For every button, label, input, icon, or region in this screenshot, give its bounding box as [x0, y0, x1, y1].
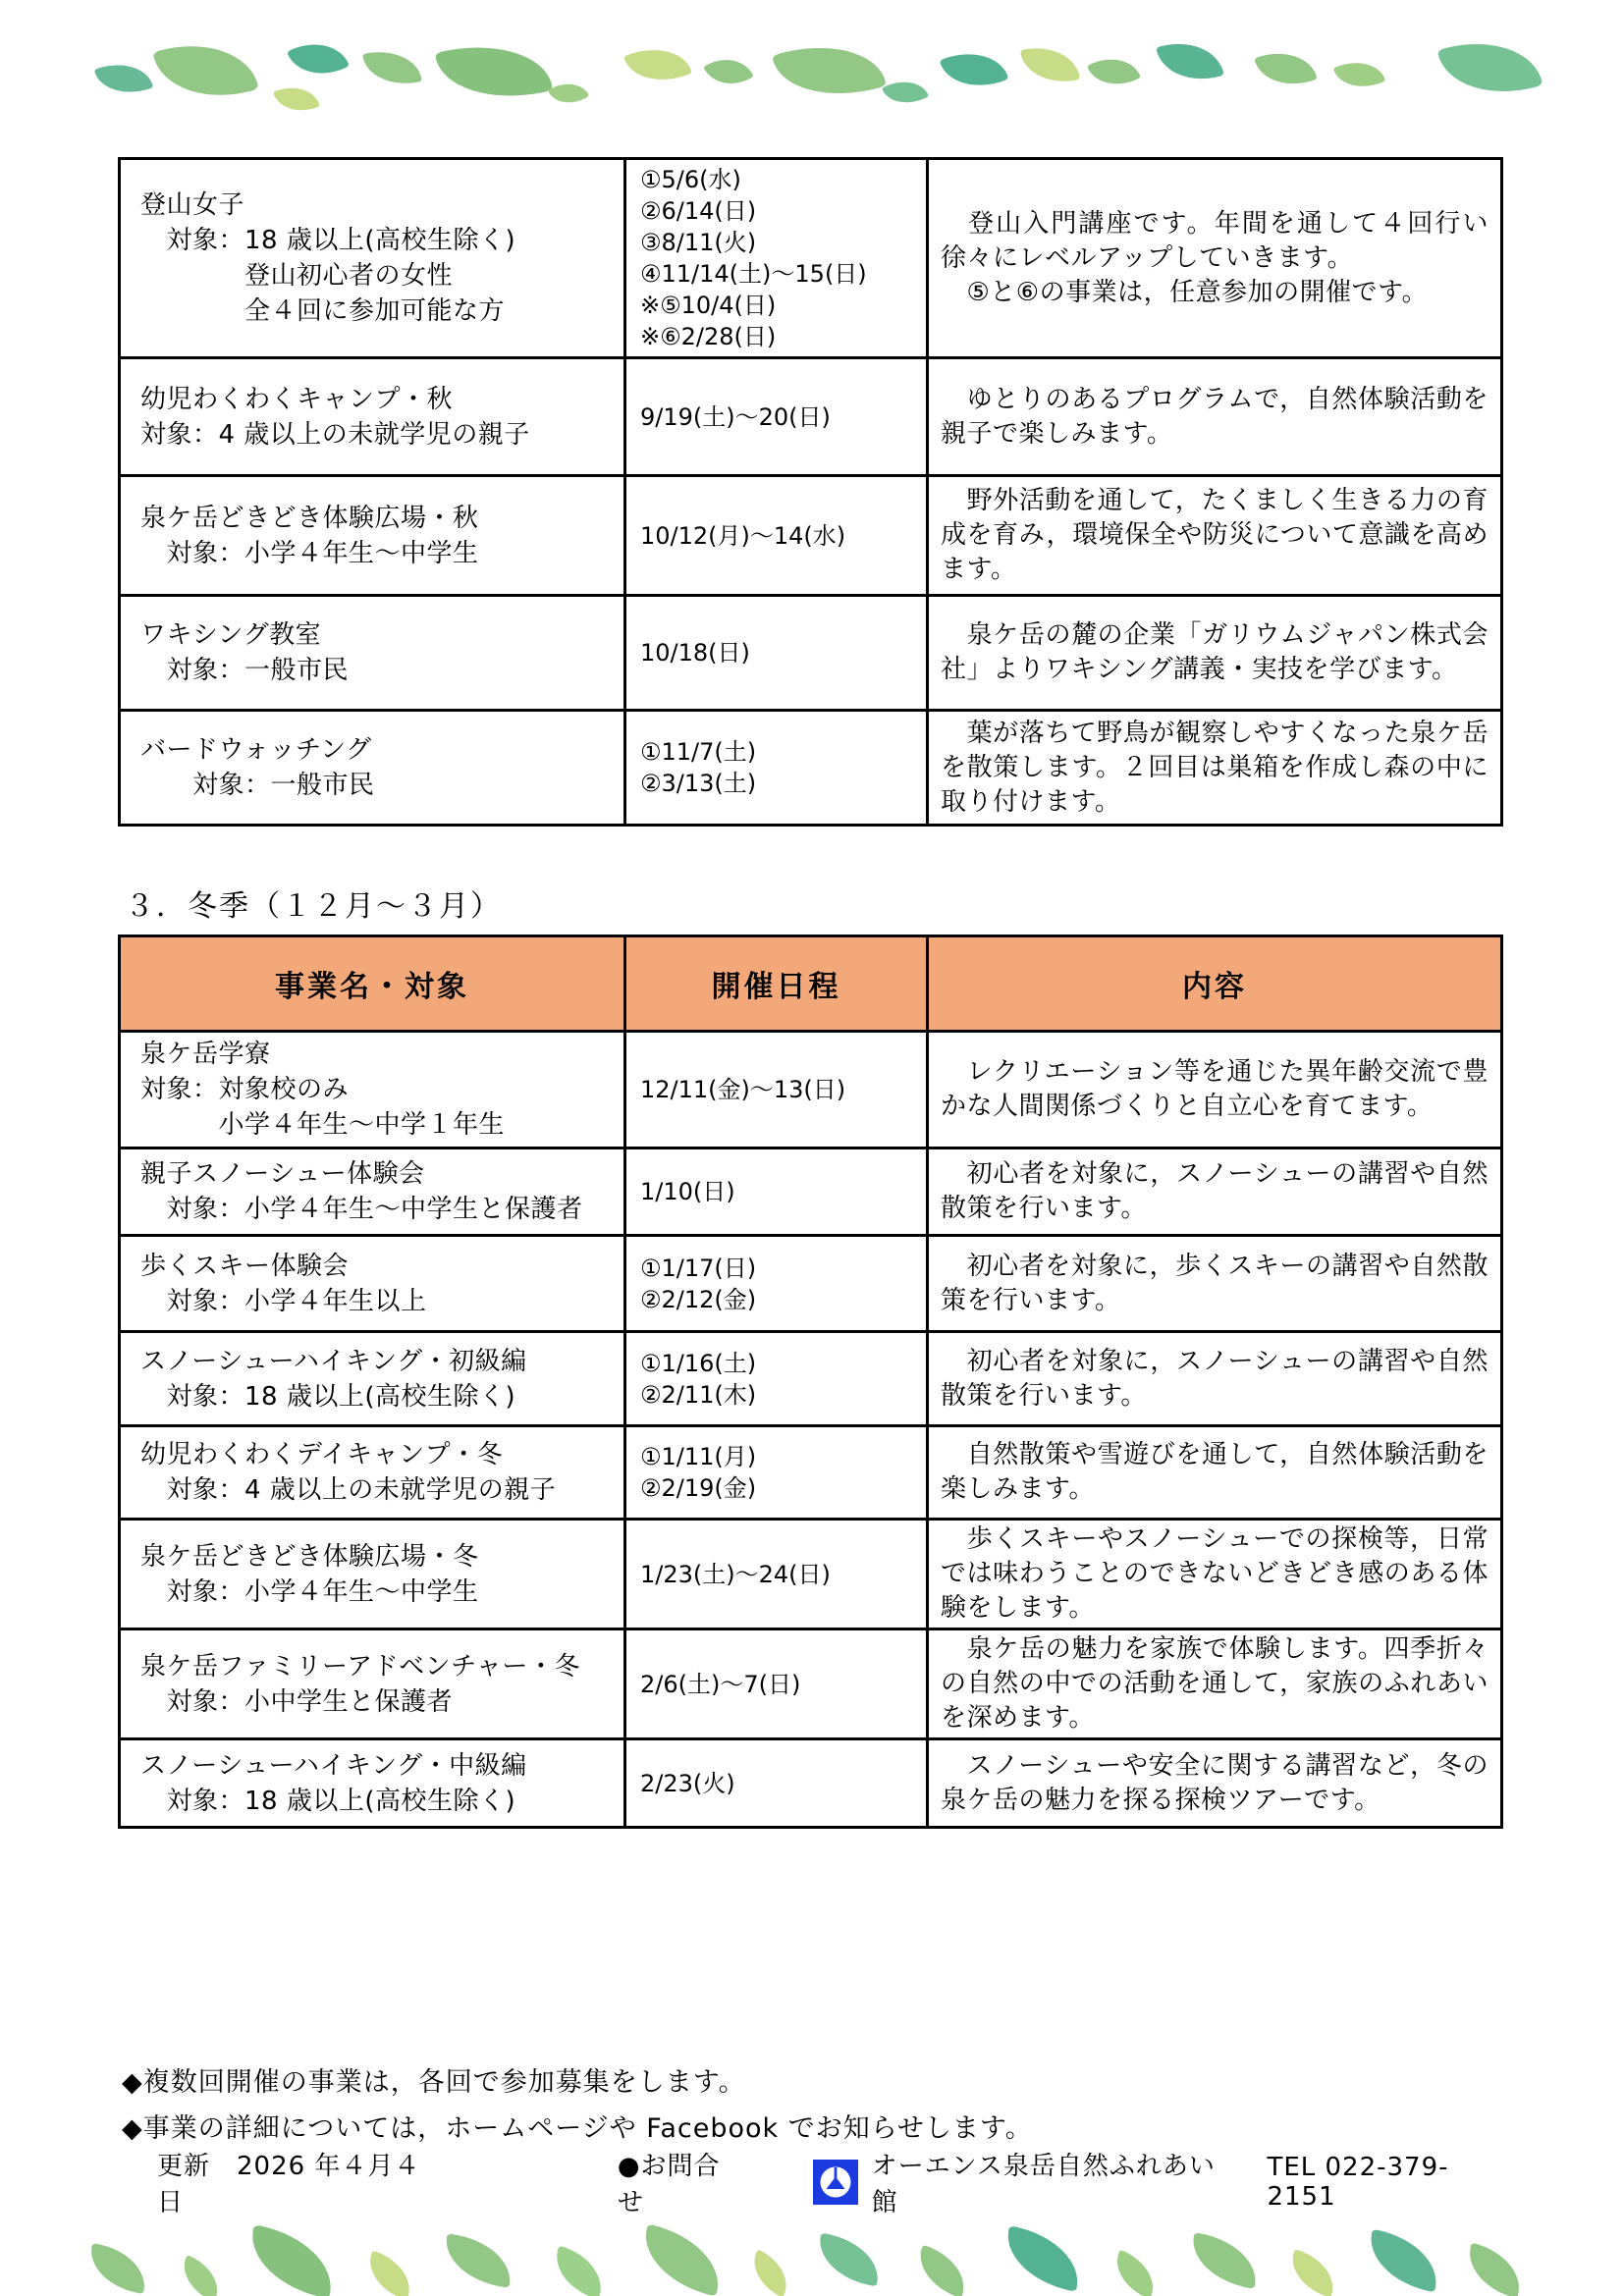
leaf-icon	[772, 28, 887, 112]
leaf-icon	[1107, 2250, 1164, 2296]
event-desc-cell: 野外活動を通して，たくましく生きる力の育成を育み，環境保全や防災について意識を高…	[928, 476, 1502, 596]
table-row: 泉ケ岳ファミリーアドベンチャー・冬 対象：小中学生と保護者 2/6(土)～7(日…	[120, 1629, 1502, 1739]
leaf-icon	[703, 47, 754, 95]
event-desc-cell: ゆとりのあるプログラムで，自然体験活動を親子で楽しみます。	[928, 358, 1502, 476]
event-name-cell: バードウォッチング 対象：一般市民	[120, 711, 625, 826]
leaf-icon	[548, 74, 589, 113]
table-row: 幼児わくわくキャンプ・秋 対象：4 歳以上の未就学児の親子 9/19(土)～20…	[120, 358, 1502, 476]
leaf-icon	[1460, 2243, 1528, 2296]
event-name-cell: 幼児わくわくデイキャンプ・冬 対象：4 歳以上の未就学児の親子	[120, 1426, 625, 1520]
leaf-icon	[1284, 2249, 1342, 2296]
leaf-icon	[1437, 27, 1543, 109]
event-desc-cell: 初心者を対象に，スノーシューの講習や自然散策を行います。	[928, 1148, 1502, 1236]
table-row: バードウォッチング 対象：一般市民 ①11/7(土) ②3/13(土) 葉が落ち…	[120, 711, 1502, 826]
leaf-icon	[243, 2224, 341, 2296]
event-dates-cell: 9/19(土)～20(日)	[625, 358, 928, 476]
leaf-icon	[273, 79, 320, 120]
footer-meta-line: 更新 2026 年４月４日 ●お問合せ オーエンス泉岳自然ふれあい館 TEL 0…	[157, 2146, 1512, 2218]
note-line: ◆複数回開催の事業は，各回で参加募集をします。	[122, 2059, 1033, 2106]
table-row: 幼児わくわくデイキャンプ・冬 対象：4 歳以上の未就学児の親子 ①1/11(月)…	[120, 1426, 1502, 1520]
column-header-content: 内容	[928, 936, 1502, 1032]
event-dates-cell: ①1/17(日) ②2/12(金)	[625, 1236, 928, 1332]
facility-name: オーエンス泉岳自然ふれあい館	[872, 2146, 1234, 2218]
leaf-icon	[152, 28, 258, 113]
leaf-icon	[1187, 2232, 1263, 2288]
table-row: 親子スノーシュー体験会 対象：小学４年生～中学生と保護者 1/10(日) 初心者…	[120, 1148, 1502, 1236]
event-name-cell: 歩くスキー体験会 対象：小学４年生以上	[120, 1236, 625, 1332]
event-desc-cell: 自然散策や雪遊びを通して，自然体験活動を楽しみます。	[928, 1426, 1502, 1520]
leaf-icon	[174, 2255, 227, 2296]
event-name-cell: 登山女子 対象：18 歳以上(高校生除く) 登山初心者の女性 全４回に参加可能な…	[120, 159, 625, 358]
event-name-cell: スノーシューハイキング・初級編 対象：18 歳以上(高校生除く)	[120, 1332, 625, 1426]
event-desc-cell: スノーシューや安全に関する講習など，冬の泉ケ岳の魅力を探る探検ツアーです。	[928, 1739, 1502, 1828]
event-desc-cell: 初心者を対象に，歩くスキーの講習や自然散策を行います。	[928, 1236, 1502, 1332]
event-name-cell: 親子スノーシュー体験会 対象：小学４年生～中学生と保護者	[120, 1148, 625, 1236]
leaf-icon	[94, 54, 154, 103]
facility-logo-icon	[813, 2160, 858, 2205]
event-name-cell: 泉ケ岳ファミリーアドベンチャー・冬 対象：小中学生と保護者	[120, 1629, 625, 1739]
event-name-cell: 泉ケ岳どきどき体験広場・冬 対象：小学４年生～中学生	[120, 1520, 625, 1629]
event-name-cell: ワキシング教室 対象：一般市民	[120, 596, 625, 711]
event-desc-cell: 登山入門講座です。年間を通して４回行い徐々にレベルアップしていきます。 ⑤と⑥の…	[928, 159, 1502, 358]
event-dates-cell: ①5/6(水) ②6/14(日) ③8/11(火) ④11/14(土)～15(日…	[625, 159, 928, 358]
table-row: 泉ケ岳どきどき体験広場・秋 対象：小学４年生～中学生 10/12(月)～14(水…	[120, 476, 1502, 596]
event-dates-cell: 1/10(日)	[625, 1148, 928, 1236]
event-desc-cell: レクリエーション等を通じた異年齢交流で豊かな人間関係づくりと自立心を育てます。	[928, 1032, 1502, 1148]
event-desc-cell: 初心者を対象に，スノーシューの講習や自然散策を行います。	[928, 1332, 1502, 1426]
table-row: ワキシング教室 対象：一般市民 10/18(日) 泉ケ岳の麓の企業「ガリウムジャ…	[120, 596, 1502, 711]
event-dates-cell: ①11/7(土) ②3/13(土)	[625, 711, 928, 826]
table-row: 泉ケ岳学寮 対象：対象校のみ 小学４年生～中学１年生 12/11(金)～13(日…	[120, 1032, 1502, 1148]
leaf-icon	[1087, 47, 1141, 96]
leaf-icon	[814, 2233, 885, 2287]
winter-events-table: 事業名・対象 開催日程 内容 泉ケ岳学寮 対象：対象校のみ 小学４年生～中学１年…	[118, 934, 1503, 1829]
leaf-icon	[940, 40, 1009, 99]
leaf-icon	[635, 2224, 730, 2296]
event-dates-cell: 2/23(火)	[625, 1739, 928, 1828]
autumn-events-table: 登山女子 対象：18 歳以上(高校生除く) 登山初心者の女性 全４回に参加可能な…	[118, 157, 1503, 827]
table-row: スノーシューハイキング・初級編 対象：18 歳以上(高校生除く) ①1/16(土…	[120, 1332, 1502, 1426]
event-dates-cell: 2/6(土)～7(日)	[625, 1629, 928, 1739]
table-header-row: 事業名・対象 開催日程 内容	[120, 936, 1502, 1032]
event-desc-cell: 泉ケ岳の魅力を家族で体験します。四季折々の自然の中での活動を通して，家族のふれあ…	[928, 1629, 1502, 1739]
leaf-icon	[743, 2249, 797, 2296]
column-header-schedule: 開催日程	[625, 936, 928, 1032]
leaf-icon	[1156, 32, 1224, 90]
event-dates-cell: 12/11(金)～13(日)	[625, 1032, 928, 1148]
event-dates-cell: 10/18(日)	[625, 596, 928, 711]
event-name-cell: スノーシューハイキング・中級編 対象：18 歳以上(高校生除く)	[120, 1739, 625, 1828]
contact-label: ●お問合せ	[618, 2146, 744, 2218]
event-dates-cell: ①1/11(月) ②2/19(金)	[625, 1426, 928, 1520]
event-desc-cell: 葉が落ちて野鳥が観察しやすくなった泉ケ岳を散策します。２回目は巣箱を作成し森の中…	[928, 711, 1502, 826]
leaf-icon	[287, 30, 350, 87]
event-name-cell: 幼児わくわくキャンプ・秋 対象：4 歳以上の未就学児の親子	[120, 358, 625, 476]
event-dates-cell: 1/23(土)～24(日)	[625, 1520, 928, 1629]
footer-notes: ◆複数回開催の事業は，各回で参加募集をします。 ◆事業の詳細については，ホームペ…	[122, 2059, 1033, 2152]
table-row: スノーシューハイキング・中級編 対象：18 歳以上(高校生除く) 2/23(火)…	[120, 1739, 1502, 1828]
table-row: 歩くスキー体験会 対象：小学４年生以上 ①1/17(日) ②2/12(金) 初心…	[120, 1236, 1502, 1332]
leaf-icon	[999, 2225, 1086, 2291]
leaf-icon	[1363, 2229, 1445, 2293]
table-row: 泉ケ岳どきどき体験広場・冬 対象：小学４年生～中学生 1/23(土)～24(日)…	[120, 1520, 1502, 1629]
section-title: ３．冬季（１２月～３月）	[125, 881, 502, 925]
update-date: 更新 2026 年４月４日	[157, 2146, 441, 2218]
leaf-icon	[882, 72, 929, 113]
event-desc-cell: 泉ケ岳の麓の企業「ガリウムジャパン株式会社」よりワキシング講義・実技を学びます。	[928, 596, 1502, 711]
leaf-icon	[1020, 41, 1080, 89]
event-name-cell: 泉ケ岳学寮 対象：対象校のみ 小学４年生～中学１年生	[120, 1032, 625, 1148]
leaf-icon	[441, 2233, 515, 2287]
leaf-icon	[1333, 52, 1386, 98]
leaf-icon	[435, 30, 553, 113]
event-dates-cell: ①1/16(土) ②2/11(木)	[625, 1332, 928, 1426]
leaf-icon	[1254, 41, 1318, 95]
leaf-icon	[85, 2243, 150, 2294]
leaf-icon	[547, 2245, 611, 2296]
leaf-icon	[360, 2251, 418, 2296]
event-name-cell: 泉ケ岳どきどき体験広場・秋 対象：小学４年生～中学生	[120, 476, 625, 596]
column-header-event: 事業名・対象	[120, 936, 625, 1032]
leaf-icon	[362, 45, 422, 91]
flyer-page: 登山女子 対象：18 歳以上(高校生除く) 登山初心者の女性 全４回に参加可能な…	[0, 0, 1624, 2296]
table-row: 登山女子 対象：18 歳以上(高校生除く) 登山初心者の女性 全４回に参加可能な…	[120, 159, 1502, 358]
note-line: ◆事業の詳細については，ホームページや Facebook でお知らせします。	[122, 2106, 1033, 2152]
facility-tel: TEL 022-379-2151	[1267, 2153, 1512, 2212]
event-desc-cell: 歩くスキーやスノーシューでの探検等，日常では味わうことのできないどきどき感のある…	[928, 1520, 1502, 1629]
leaf-icon	[623, 36, 692, 93]
event-dates-cell: 10/12(月)～14(水)	[625, 476, 928, 596]
leaf-icon	[910, 2245, 974, 2296]
